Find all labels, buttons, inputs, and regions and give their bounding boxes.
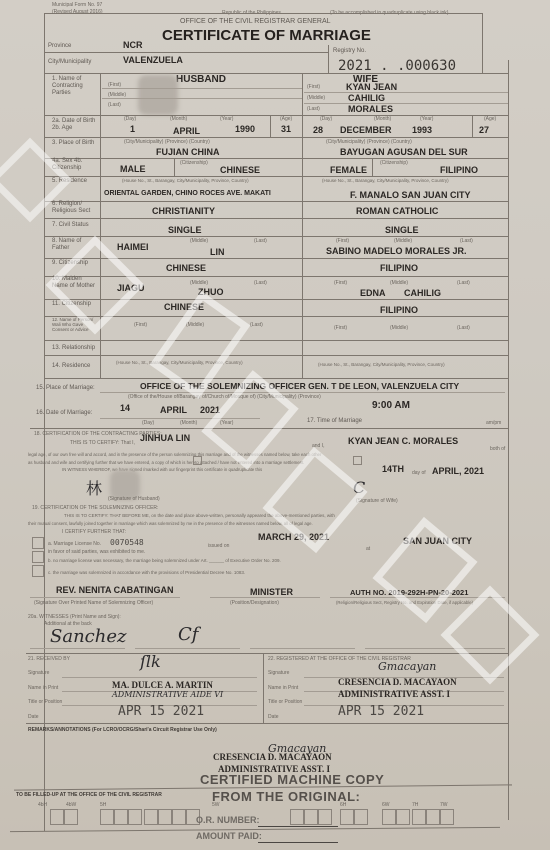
residence14-sublabel: (House No., St., Barangay, City/Municipa…	[116, 360, 243, 365]
solemnizing-text-2: their mutual consent, lawfully joined to…	[28, 521, 313, 526]
registered-date-label: Date	[268, 714, 279, 720]
wife-residence-sublabel: (House No., St., Barangay, City/Municipa…	[322, 178, 449, 183]
code-entry-box[interactable]	[50, 809, 64, 825]
pob-label: 3. Place of Birth	[52, 140, 94, 147]
officer-sublabel: (Signature Over Printed Name of Solemniz…	[34, 600, 153, 606]
authorization-number: AUTH NO. 2019-292H-PN-20-2021	[350, 588, 468, 597]
officer-position: MINISTER	[250, 587, 293, 597]
certified-day: 14TH	[382, 464, 404, 474]
auth-sublabel: (Religion/Religious Sect, Registry No. a…	[336, 600, 473, 605]
wife-month-label: (Month)	[374, 116, 391, 122]
wife-signer-name: KYAN JEAN C. MORALES	[348, 436, 458, 446]
wife-father-citizenship: FILIPINO	[380, 263, 418, 273]
both-of-label: both of	[490, 446, 505, 452]
witness-signature-2: Cf	[178, 624, 198, 645]
wife-mother-middle: CAHILIG	[404, 288, 441, 298]
code-entry-box[interactable]	[382, 809, 396, 825]
registered-name-label: Name in Print	[268, 685, 298, 691]
certify-text-3: IN WITNESS WHEREOF, we have signed /mark…	[62, 467, 262, 472]
wife-religion: ROMAN CATHOLIC	[356, 206, 438, 216]
wife-citizenship-label: (Citizenship)	[380, 160, 408, 166]
solemnizing-officer-name: REV. NENITA CABATINGAN	[56, 585, 174, 595]
code-entry-box[interactable]	[340, 809, 354, 825]
issued-on-label: issued on	[208, 543, 229, 549]
wife-age-label: (Age)	[484, 116, 496, 122]
wife-father-first-label: (First)	[336, 238, 349, 244]
office-title: OFFICE OF THE CIVIL REGISTRAR GENERAL	[180, 18, 331, 25]
place-of-marriage: OFFICE OF THE SOLEMNIZING OFFICER GEN. T…	[140, 381, 459, 391]
consent-first-label: (First)	[134, 322, 147, 328]
religion-label: 6. Religion/ Religious Sect	[52, 201, 97, 215]
code-entry-box[interactable]	[158, 809, 172, 825]
wife-signature-label: (Signature of Wife)	[356, 498, 398, 504]
wife-dob-year: 1993	[412, 125, 432, 135]
code-entry-box[interactable]	[426, 809, 440, 825]
wife-father-middle-label: (Middle)	[394, 238, 412, 244]
certify-text-2: as husband and wife and certifying furth…	[28, 460, 304, 465]
wife-last-name: MORALES	[348, 104, 393, 114]
solemnizing-heading: 19. CERTIFICATION OF THE SOLEMNIZING OFF…	[32, 505, 158, 511]
license-label: a. Marriage License No.	[48, 541, 101, 547]
registered-signature: Gmacayan	[378, 660, 436, 673]
city-label: City/Municipality	[48, 59, 91, 66]
wife-pob: BAYUGAN AGUSAN DEL SUR	[340, 147, 468, 157]
code-entry-box[interactable]	[318, 809, 332, 825]
code-label: 6H	[340, 802, 346, 808]
registry-number: 2021 . .000630	[338, 58, 456, 74]
day-label: (Day)	[124, 116, 136, 122]
husband-mother-first: JIAGU	[117, 283, 145, 293]
day-of-label: day of	[412, 470, 426, 476]
marriage-year: 2021	[200, 405, 220, 415]
pd1083-option-checkbox[interactable]	[32, 565, 44, 577]
certify-text-1: legal age, of our own free will and acco…	[28, 452, 321, 457]
wife-father-last-label: (Last)	[460, 238, 473, 244]
code-entry-box[interactable]	[440, 809, 454, 825]
wife-father-name: SABINO MADELO MORALES JR.	[326, 246, 467, 256]
solemnizing-text-1: THIS IS TO CERTIFY: THAT BEFORE ME, on t…	[64, 513, 335, 518]
husband-citizenship: CHINESE	[220, 165, 260, 175]
amount-paid-label: AMOUNT PAID:	[196, 831, 262, 841]
husband-signature: 林	[86, 476, 102, 499]
place-sublabel: (Office of the/House of/Barangay of/Chur…	[128, 394, 321, 400]
no-license-text: b. no marriage license was necessary, th…	[48, 558, 281, 563]
code-label: 4bW	[66, 802, 76, 808]
husband-father-citizenship: CHINESE	[166, 263, 206, 273]
wife-mother-first-label: (First)	[334, 280, 347, 286]
code-entry-box[interactable]	[114, 809, 128, 825]
certify-further: I CERTIFY FURTHER THAT:	[62, 529, 126, 535]
pob-sublabel: (City/Municipality) (Province) (Country)	[124, 139, 210, 145]
received-name: MA. DULCE A. MARTIN	[112, 680, 213, 690]
wife-year-label: (Year)	[420, 116, 433, 122]
sex-label: 4a. Sex 4b. Citizenship	[52, 158, 97, 172]
consent-last-label: (Last)	[250, 322, 263, 328]
wife-middle-label: (Middle)	[307, 95, 325, 101]
received-signature: ſlk	[140, 652, 161, 671]
name-label: 1. Name of Contracting Parties	[52, 76, 97, 97]
place-of-marriage-label: 15. Place of Marriage:	[36, 385, 95, 392]
registered-signature-label: Signature	[268, 670, 289, 676]
wife-day-label: (Day)	[320, 116, 332, 122]
dob-label: 2a. Date of Birth 2b. Age	[52, 118, 97, 132]
registered-title: ADMINISTRATIVE ASST. I	[338, 689, 450, 699]
certify-line: THIS IS TO CERTIFY: That I,	[70, 440, 135, 446]
relationship-label: 13. Relationship	[52, 345, 95, 352]
code-entry-box[interactable]	[128, 809, 142, 825]
license-number: 0070548	[110, 538, 144, 547]
code-entry-box[interactable]	[354, 809, 368, 825]
code-entry-box[interactable]	[172, 809, 186, 825]
marriage-month: APRIL	[160, 405, 187, 415]
wife-first-name: KYAN JEAN	[346, 82, 397, 92]
husband-residence: ORIENTAL GARDEN, CHINO ROCES AVE. MAKATI	[104, 190, 271, 197]
husband-father-first: HAIMEI	[117, 242, 149, 252]
husband-pob: FUJIAN CHINA	[156, 147, 220, 157]
wife-citizenship: FILIPINO	[440, 165, 478, 175]
certified-copy-stamp: CERTIFIED MACHINE COPY	[200, 772, 384, 787]
code-label: 5H	[100, 802, 106, 808]
at-label: at	[366, 546, 370, 552]
wife-mother-first: EDNA	[360, 288, 386, 298]
husband-heading: HUSBAND	[176, 74, 226, 85]
marriage-year-label: (Year)	[220, 420, 233, 426]
received-title-label: Title or Position	[28, 699, 62, 705]
father-last-label: (Last)	[254, 238, 267, 244]
father-label: 8. Name of Father	[52, 238, 97, 252]
code-label: 7H	[412, 802, 418, 808]
wife-last-label: (Last)	[307, 106, 320, 112]
received-date: APR 15 2021	[118, 704, 204, 719]
wife-dob-day: 28	[313, 125, 323, 135]
code-entry-box[interactable]	[100, 809, 114, 825]
wife-middle-name: CAHILIG	[348, 93, 385, 103]
wife-first-label: (First)	[307, 84, 320, 90]
marriage-day-label: (Day)	[142, 420, 154, 426]
code-label: 6W	[382, 802, 390, 808]
wife-mother-middle-label: (Middle)	[390, 280, 408, 286]
wife-sex: FEMALE	[330, 165, 367, 175]
consent-label: 12. Name of Person/ Wali Who Gave Consen…	[52, 317, 97, 332]
residence-sublabel: (House No., St., Barangay, City/Municipa…	[122, 178, 249, 183]
civil-status-label: 7. Civil Status	[52, 222, 89, 229]
code-entry-box[interactable]	[412, 809, 426, 825]
registered-date: APR 15 2021	[338, 704, 424, 719]
mother-middle-label: (Middle)	[190, 280, 208, 286]
husband-sex: MALE	[120, 164, 146, 174]
registered-title-label: Title or Position	[268, 699, 302, 705]
wife-mother-citizenship: FILIPINO	[380, 305, 418, 315]
registry-label: Registry No.	[333, 48, 366, 55]
revision-date: (Revised August 2016)	[52, 9, 103, 15]
marriage-certificate-document: Municipal Form No. 97 (Revised August 20…	[0, 0, 550, 850]
redacted-husband-name	[138, 75, 178, 115]
wife-dob-month: DECEMBER	[340, 125, 392, 135]
mother-last-label: (Last)	[254, 280, 267, 286]
wife-pob-sublabel: (City/Municipality) (Province) (Country)	[326, 139, 412, 145]
husband-mother-citizenship: CHINESE	[164, 302, 204, 312]
code-label: 7W	[440, 802, 448, 808]
license-option-checkbox[interactable]	[32, 537, 44, 549]
document-title: CERTIFICATE OF MARRIAGE	[162, 27, 371, 44]
footer-label: TO BE FILLED-UP AT THE OFFICE OF THE CIV…	[16, 792, 162, 798]
license-continuation: in favor of said parties, was exhibited …	[48, 549, 145, 555]
received-title: ADMINISTRATIVE AIDE VI	[112, 690, 223, 699]
certified-month-year: APRIL, 2021	[432, 466, 484, 476]
received-date-label: Date	[28, 714, 39, 720]
position-sublabel: (Position/Designation)	[230, 600, 279, 606]
wife-consent-middle-label: (Middle)	[390, 325, 408, 331]
code-entry-box[interactable]	[304, 809, 318, 825]
received-heading: 21. RECEIVED BY	[28, 656, 70, 662]
husband-dob-day: 1	[130, 124, 135, 134]
wife-age: 27	[479, 125, 489, 135]
witness-signature-1: Sanchez	[50, 626, 126, 647]
code-entry-box[interactable]	[64, 809, 78, 825]
received-signature-label: Signature	[28, 670, 49, 676]
license-issued-place: SAN JUAN CITY	[403, 536, 472, 546]
province-value: NCR	[123, 40, 143, 50]
residence-label: 5. Residence	[52, 178, 87, 185]
registered-name: CRESENCIA D. MACAYAON	[338, 677, 457, 687]
wife-consent-last-label: (Last)	[457, 325, 470, 331]
citizenship-label: (Citizenship)	[180, 160, 208, 166]
license-issued-date: MARCH 29, 2021	[258, 532, 329, 542]
husband-dob-year: 1990	[235, 124, 255, 134]
husband-signer-name: JINHUA LIN	[140, 433, 190, 443]
from-original-stamp: FROM THE ORIGINAL:	[212, 789, 360, 804]
code-entry-box[interactable]	[144, 809, 158, 825]
mother-citizenship-label: 11. Citizenship	[52, 301, 91, 308]
settlement-entered-checkbox[interactable]	[193, 456, 202, 465]
city-value: VALENZUELA	[123, 55, 183, 65]
and-label: and I,	[312, 443, 325, 449]
form-number: Municipal Form No. 97	[52, 2, 102, 8]
husband-age: 31	[281, 124, 291, 134]
remarks-label: REMARKS/ANNOTATIONS (For LCRO/OCRG/Shari…	[28, 727, 217, 733]
watermark	[372, 517, 477, 623]
or-number-label: O.R. NUMBER:	[196, 815, 260, 825]
husband-religion: CHRISTIANITY	[152, 206, 215, 216]
age-label: (Age)	[280, 116, 292, 122]
province-label: Province	[48, 43, 71, 50]
husband-mother-last: ZHUO	[198, 287, 224, 297]
father-citizenship-label: 9. Citizenship	[52, 260, 88, 267]
code-label: 5W	[212, 802, 220, 808]
husband-father-last: LIN	[210, 247, 225, 257]
no-license-option-checkbox[interactable]	[32, 551, 44, 563]
mother-label: 10. Maiden Name of Mother	[52, 276, 97, 290]
wife-civil-status: SINGLE	[385, 225, 419, 235]
settlement-not-entered-checkbox[interactable]	[353, 456, 362, 465]
pd1083-text: c. the marriage was solemnized in accord…	[48, 570, 245, 575]
date-of-marriage-label: 16. Date of Marriage:	[36, 410, 92, 417]
marriage-month-label: (Month)	[180, 420, 197, 426]
code-entry-box[interactable]	[290, 809, 304, 825]
husband-civil-status: SINGLE	[168, 225, 202, 235]
husband-signature-label: (Signature of Husband)	[108, 496, 160, 502]
father-middle-label: (Middle)	[190, 238, 208, 244]
wife-consent-first-label: (First)	[334, 325, 347, 331]
month-label: (Month)	[170, 116, 187, 122]
husband-dob-month: APRIL	[173, 126, 200, 136]
marriage-time: 9:00 AM	[372, 400, 410, 411]
year-label: (Year)	[220, 116, 233, 122]
last-label: (Last)	[108, 102, 121, 108]
time-of-marriage-label: 17. Time of Marriage	[307, 418, 362, 425]
ampm-label: am/pm	[486, 420, 501, 426]
wife-mother-last-label: (Last)	[457, 280, 470, 286]
wife-residence: F. MANALO SAN JUAN CITY	[350, 190, 471, 200]
consent-middle-label: (Middle)	[186, 322, 204, 328]
witnesses-label: 20a. WITNESSES (Print Name and Sign):	[28, 614, 121, 620]
wife-residence14-sublabel: (House No., St., Barangay, City/Municipa…	[318, 362, 445, 367]
residence14-label: 14. Residence	[52, 363, 90, 370]
remarks-signer-name: CRESENCIA D. MACAYAON	[213, 752, 332, 762]
code-label: 4bH	[38, 802, 47, 808]
marriage-day: 14	[120, 403, 130, 413]
wife-signature: C	[353, 478, 365, 497]
code-entry-box[interactable]	[396, 809, 410, 825]
received-name-label: Name in Print	[28, 685, 58, 691]
